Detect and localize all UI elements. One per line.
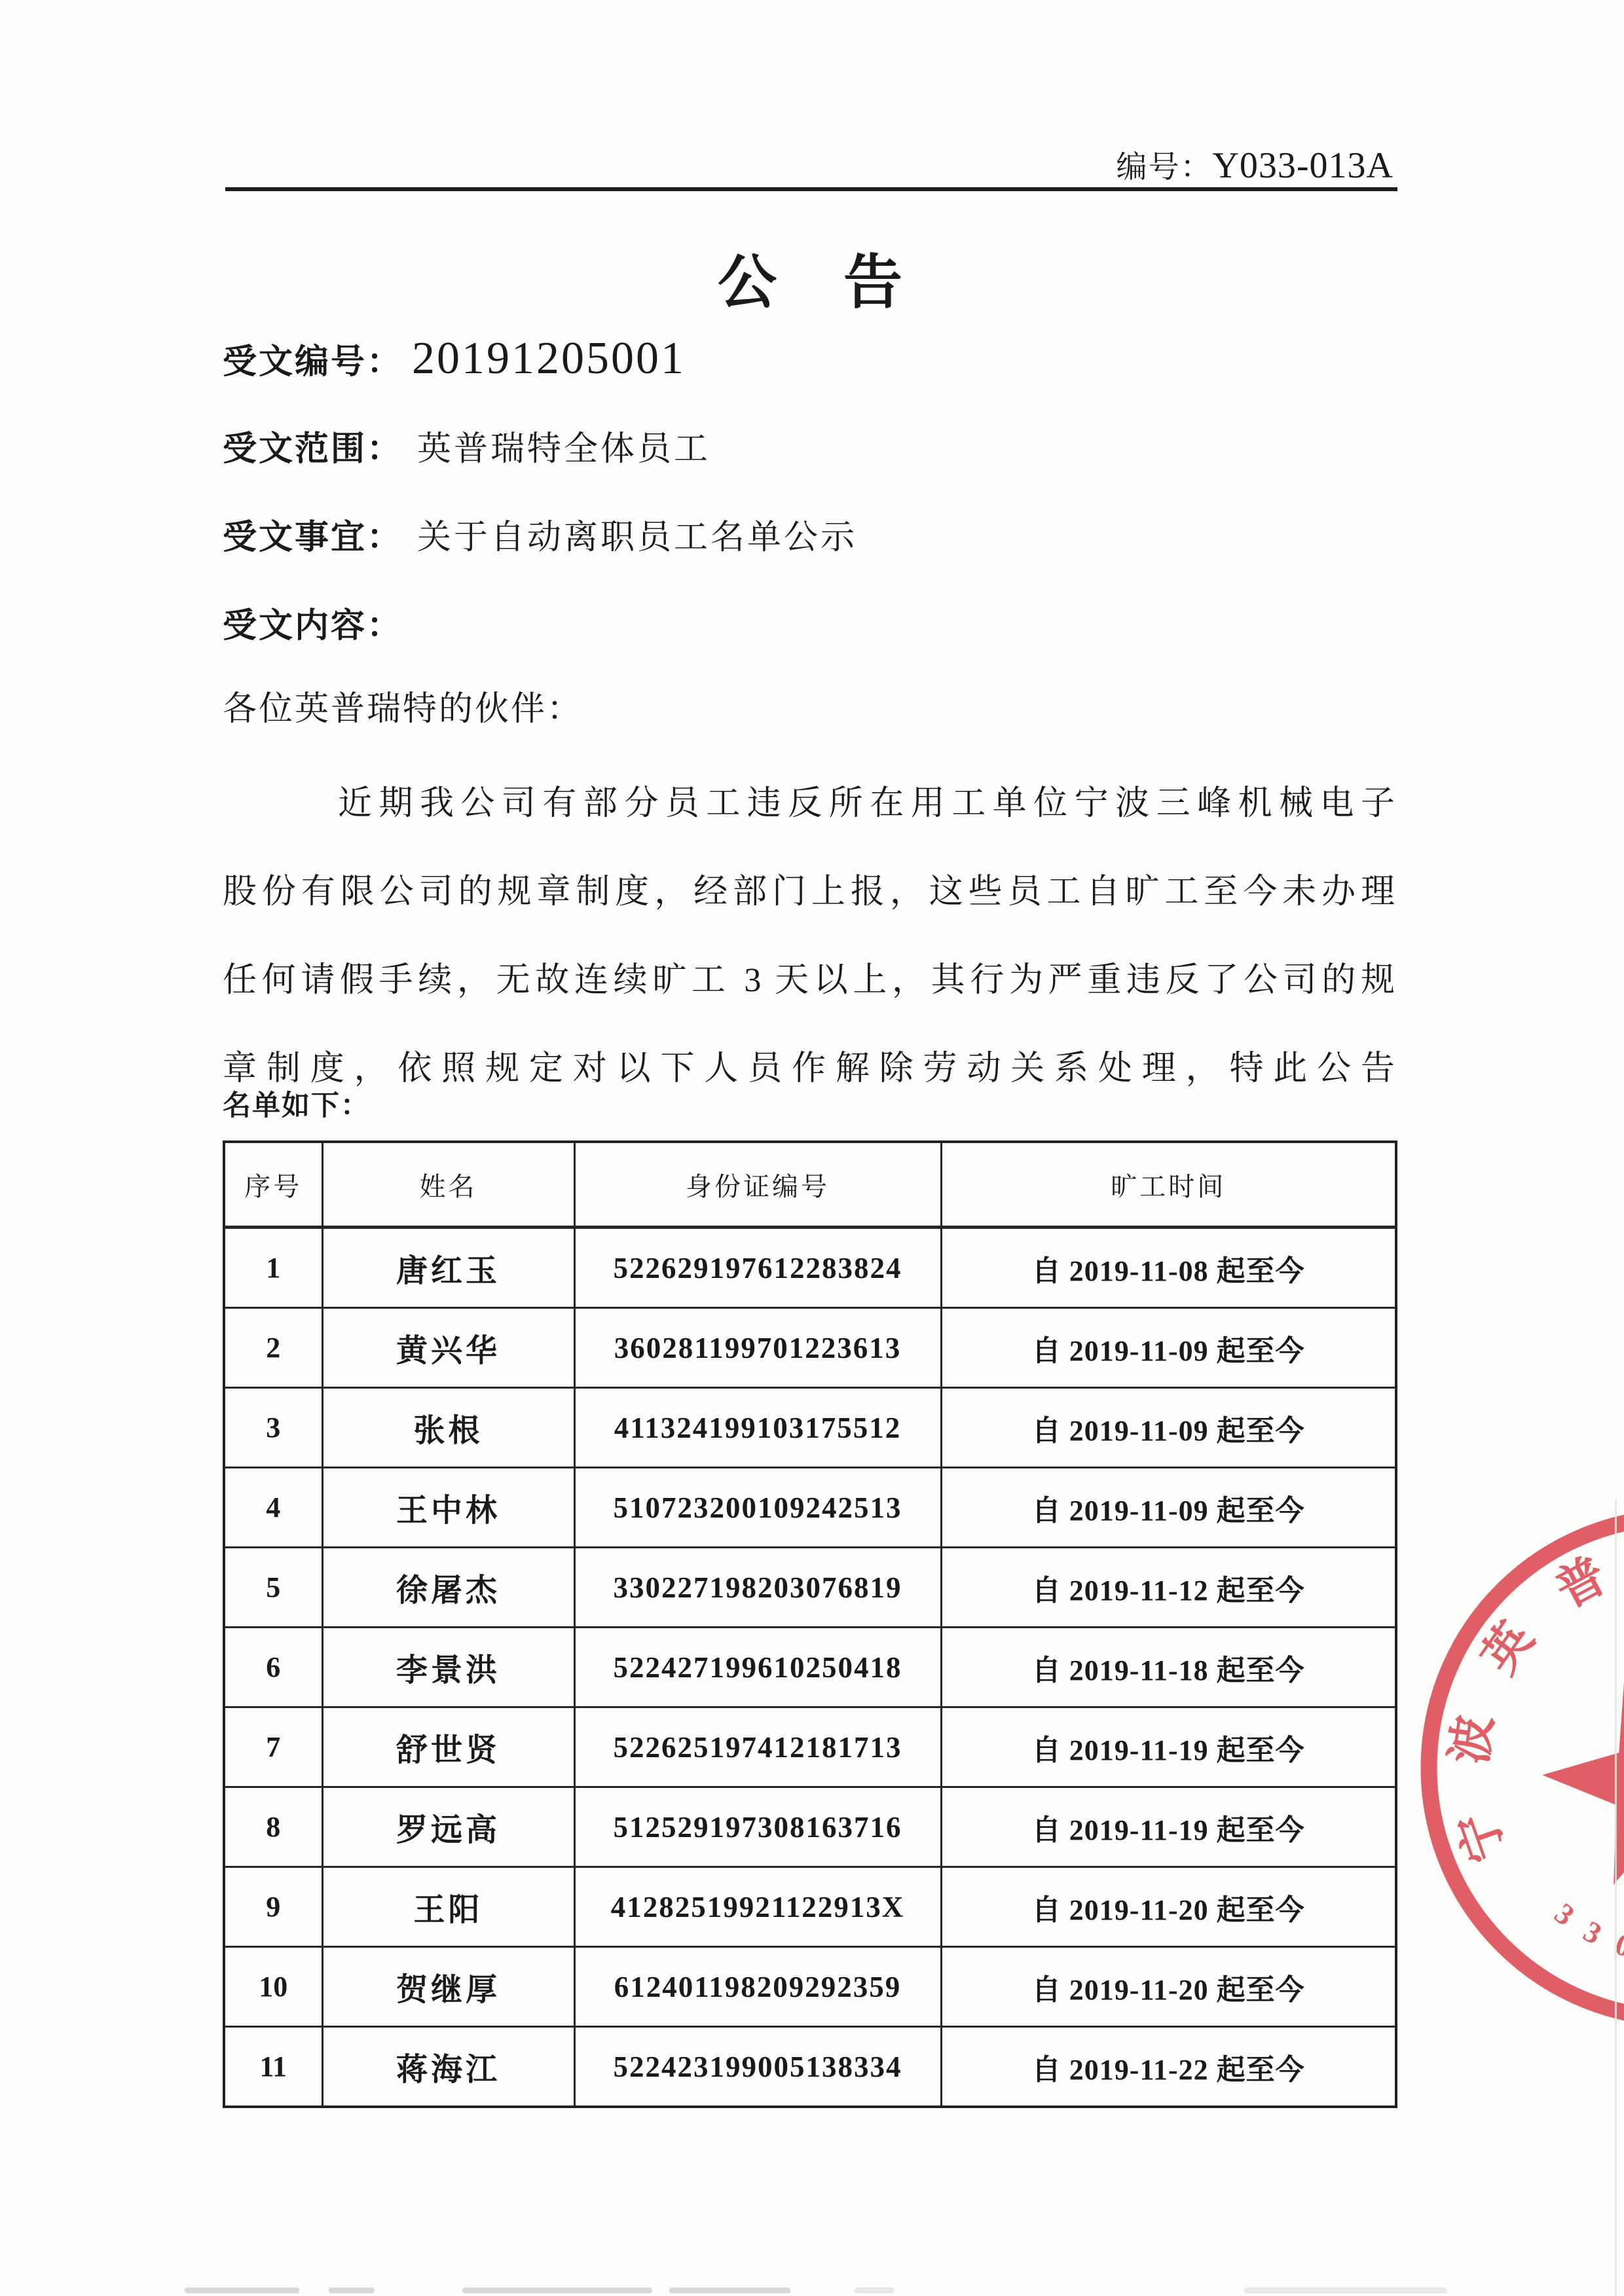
table-row: 11蒋海江522423199005138334自 2019-11-22 起至今 — [224, 2027, 1396, 2107]
ref-value: Y033-013A — [1212, 145, 1393, 186]
document-page: 编号：Y033-013A 公 告 受文编号：20191205001 受文范围：英… — [0, 0, 1624, 2296]
field-subject: 受文事宜：关于自动离职员工名单公示 — [223, 509, 857, 558]
row-index: 10 — [224, 1947, 322, 2027]
field-label: 受文范围： — [223, 431, 403, 468]
table-row: 5徐屠杰330227198203076819自 2019-11-12 起至今 — [224, 1548, 1396, 1628]
field-value: 关于自动离职员工名单公示 — [417, 519, 857, 556]
id-number: 522427199610250418 — [574, 1628, 941, 1707]
id-number: 360281199701223613 — [574, 1308, 941, 1388]
id-number: 522423199005138334 — [574, 2027, 941, 2107]
absence-period: 自 2019-11-20 起至今 — [941, 1947, 1396, 2027]
scan-smudge — [855, 2287, 894, 2293]
row-index: 11 — [224, 2027, 322, 2107]
absence-period: 自 2019-11-19 起至今 — [941, 1707, 1396, 1787]
employee-name: 唐红玉 — [322, 1228, 574, 1308]
field-value: 英普瑞特全体员工 — [417, 431, 710, 468]
absence-period: 自 2019-11-08 起至今 — [941, 1228, 1396, 1308]
table-row: 1唐红玉522629197612283824自 2019-11-08 起至今 — [224, 1228, 1396, 1308]
absence-period: 自 2019-11-22 起至今 — [941, 2027, 1396, 2107]
ref-label: 编号： — [1116, 151, 1212, 185]
table-row: 2黄兴华360281199701223613自 2019-11-09 起至今 — [224, 1308, 1396, 1388]
employee-name: 黄兴华 — [322, 1308, 574, 1388]
employee-name: 蒋海江 — [322, 2027, 574, 2107]
field-label: 受文编号： — [223, 344, 403, 381]
doc-ref-number: 编号：Y033-013A — [1116, 143, 1393, 187]
table-row: 6李景洪522427199610250418自 2019-11-18 起至今 — [224, 1628, 1396, 1707]
header-index: 序号 — [224, 1142, 322, 1228]
table-row: 4王中林510723200109242513自 2019-11-09 起至今 — [224, 1468, 1396, 1548]
row-index: 1 — [224, 1228, 322, 1308]
employee-name: 贺继厚 — [322, 1947, 574, 2027]
field-value: 20191205001 — [412, 333, 686, 384]
employee-name: 李景洪 — [322, 1628, 574, 1707]
field-doc-number: 受文编号：20191205001 — [223, 333, 686, 385]
paragraph-line: 任何请假手续，无故连续旷工 3 天以上，其行为严重违反了公司的规 — [223, 936, 1395, 1025]
dismissed-employees-table: 序号 姓名 身份证编号 旷工时间 1唐红玉522629197612283824自… — [223, 1140, 1397, 2108]
employee-name: 张根 — [322, 1388, 574, 1468]
scan-smudge — [185, 2287, 299, 2293]
header-id-number: 身份证编号 — [574, 1142, 941, 1228]
row-index: 9 — [224, 1867, 322, 1947]
id-number: 330227198203076819 — [574, 1548, 941, 1628]
seal-star-icon — [1542, 1673, 1624, 1885]
absence-period: 自 2019-11-12 起至今 — [941, 1548, 1396, 1628]
paragraph-line: 章制度，依照规定对以下人员作解除劳动关系处理，特此公告 — [223, 1025, 1395, 1113]
table-row: 3张根411324199103175512自 2019-11-09 起至今 — [224, 1388, 1396, 1468]
employee-name: 王阳 — [322, 1867, 574, 1947]
paragraph-line: 近期我公司有部分员工违反所在用工单位宁波三峰机械电子 — [223, 759, 1395, 848]
row-index: 2 — [224, 1308, 322, 1388]
row-index: 7 — [224, 1707, 322, 1787]
row-index: 8 — [224, 1787, 322, 1867]
id-number: 522629197612283824 — [574, 1228, 941, 1308]
absence-period: 自 2019-11-09 起至今 — [941, 1308, 1396, 1388]
absence-period: 自 2019-11-20 起至今 — [941, 1867, 1396, 1947]
table-row: 7舒世贤522625197412181713自 2019-11-19 起至今 — [224, 1707, 1396, 1787]
svg-text:33029000: 33029000 — [1549, 1897, 1624, 1971]
header-absence-period: 旷工时间 — [941, 1142, 1396, 1228]
body-paragraph: 近期我公司有部分员工违反所在用工单位宁波三峰机械电子 股份有限公司的规章制度，经… — [223, 759, 1395, 1113]
field-scope: 受文范围：英普瑞特全体员工 — [223, 421, 710, 470]
absence-period: 自 2019-11-09 起至今 — [941, 1468, 1396, 1548]
seal-code: 33029000 — [1549, 1897, 1624, 1971]
table-header-row: 序号 姓名 身份证编号 旷工时间 — [224, 1142, 1396, 1228]
svg-text:宁波英普瑞特供: 宁波英普瑞特供 — [1443, 1531, 1624, 1868]
id-number: 522625197412181713 — [574, 1707, 941, 1787]
absence-period: 自 2019-11-19 起至今 — [941, 1787, 1396, 1867]
salutation: 各位英普瑞特的伙伴： — [223, 681, 583, 730]
row-index: 3 — [224, 1388, 322, 1468]
seal-arc-text: 宁波英普瑞特供 — [1443, 1531, 1624, 1868]
id-number: 512529197308163716 — [574, 1787, 941, 1867]
header-rule — [225, 187, 1397, 191]
row-index: 4 — [224, 1468, 322, 1548]
id-number: 41282519921122913X — [574, 1867, 941, 1947]
scan-edge-line — [1615, 1499, 1617, 2296]
absence-period: 自 2019-11-09 起至今 — [941, 1388, 1396, 1468]
id-number: 411324199103175512 — [574, 1388, 941, 1468]
page-title: 公 告 — [0, 234, 1624, 319]
field-label: 受文内容： — [223, 608, 403, 645]
header-name: 姓名 — [322, 1142, 574, 1228]
employee-name: 罗远高 — [322, 1787, 574, 1867]
table-row: 10贺继厚612401198209292359自 2019-11-20 起至今 — [224, 1947, 1396, 2027]
row-index: 5 — [224, 1548, 322, 1628]
field-label: 受文事宜： — [223, 519, 403, 556]
table-row: 9王阳41282519921122913X自 2019-11-20 起至今 — [224, 1867, 1396, 1947]
employee-name: 徐屠杰 — [322, 1548, 574, 1628]
scan-smudge — [462, 2287, 652, 2293]
row-index: 6 — [224, 1628, 322, 1707]
paragraph-line: 股份有限公司的规章制度，经部门上报，这些员工自旷工至今未办理 — [223, 848, 1395, 936]
company-seal-stamp: 宁波英普瑞特供 33029000 — [1352, 1408, 1624, 2128]
id-number: 510723200109242513 — [574, 1468, 941, 1548]
absence-period: 自 2019-11-18 起至今 — [941, 1628, 1396, 1707]
employee-name: 舒世贤 — [322, 1707, 574, 1787]
list-label: 名单如下： — [223, 1084, 370, 1123]
employee-name: 王中林 — [322, 1468, 574, 1548]
scan-smudge — [1244, 2287, 1447, 2293]
scan-smudge — [329, 2287, 375, 2293]
id-number: 612401198209292359 — [574, 1947, 941, 2027]
table-row: 8罗远高512529197308163716自 2019-11-19 起至今 — [224, 1787, 1396, 1867]
field-content: 受文内容： — [223, 598, 417, 647]
scan-smudge — [669, 2287, 790, 2293]
